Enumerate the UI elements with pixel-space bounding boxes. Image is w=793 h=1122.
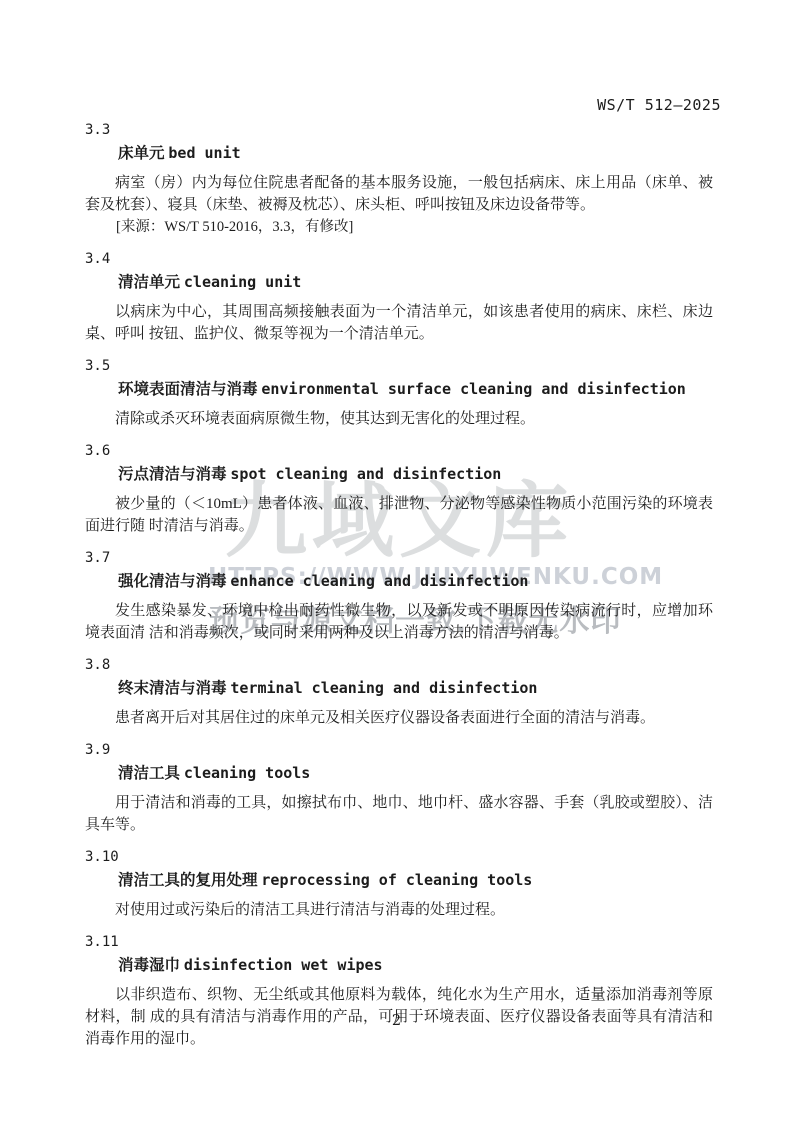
definition-paragraph: 对使用过或污染后的清洁工具进行清洁与消毒的处理过程。 xyxy=(85,899,713,921)
term-zh: 环境表面清洁与消毒 xyxy=(118,381,258,398)
page-number: 2 xyxy=(0,1013,793,1029)
section-3-8: 3.8 终末清洁与消毒 terminal cleaning and disinf… xyxy=(85,654,713,729)
definition-paragraph: 用于清洁和消毒的工具，如擦拭布巾、地巾、地巾杆、盛水容器、手套（乳胶或塑胶）、洁… xyxy=(85,792,713,836)
section-3-3: 3.3 床单元 bed unit 病室（房）内为每位住院患者配备的基本服务设施，… xyxy=(85,119,713,238)
term-zh: 床单元 xyxy=(118,145,165,162)
term-zh: 清洁单元 xyxy=(118,274,180,291)
definition-paragraph: 发生感染暴发、环境中检出耐药性微生物，以及新发或不明原因传染病流行时，应增加环境… xyxy=(85,600,713,644)
section-3-4: 3.4 清洁单元 cleaning unit 以病床为中心，其周围高频接触表面为… xyxy=(85,248,713,345)
term-en: disinfection wet wipes xyxy=(184,956,383,974)
section-3-11: 3.11 消毒湿巾 disinfection wet wipes 以非织造布、织… xyxy=(85,931,713,1050)
section-term: 环境表面清洁与消毒 environmental surface cleaning… xyxy=(85,378,713,401)
term-zh: 污点清洁与消毒 xyxy=(118,466,227,483)
term-zh: 强化清洁与消毒 xyxy=(118,573,227,590)
doc-number: WS/T 512—2025 xyxy=(597,96,721,114)
section-3-9: 3.9 清洁工具 cleaning tools 用于清洁和消毒的工具，如擦拭布巾… xyxy=(85,739,713,836)
section-number: 3.10 xyxy=(85,846,713,869)
section-number: 3.5 xyxy=(85,355,713,378)
term-zh: 清洁工具 xyxy=(118,765,180,782)
definition-paragraph: 患者离开后对其居住过的床单元及相关医疗仪器设备表面进行全面的清洁与消毒。 xyxy=(85,707,713,729)
section-term: 终末清洁与消毒 terminal cleaning and disinfecti… xyxy=(85,677,713,700)
section-number: 3.6 xyxy=(85,440,713,463)
term-en: enhance cleaning and disinfection xyxy=(230,572,528,590)
term-en: reprocessing of cleaning tools xyxy=(261,871,532,889)
section-number: 3.8 xyxy=(85,654,713,677)
section-3-5: 3.5 环境表面清洁与消毒 environmental surface clea… xyxy=(85,355,713,430)
section-term: 强化清洁与消毒 enhance cleaning and disinfectio… xyxy=(85,570,713,593)
term-zh: 终末清洁与消毒 xyxy=(118,680,227,697)
term-zh: 清洁工具的复用处理 xyxy=(118,872,258,889)
section-term: 清洁工具的复用处理 reprocessing of cleaning tools xyxy=(85,869,713,892)
term-en: cleaning unit xyxy=(184,273,301,291)
definition-paragraph: 以病床为中心，其周围高频接触表面为一个清洁单元，如该患者使用的病床、床栏、床边桌… xyxy=(85,301,713,345)
definition-paragraph: 病室（房）内为每位住院患者配备的基本服务设施，一般包括病床、床上用品（床单、被套… xyxy=(85,172,713,216)
document-page: WS/T 512—2025 九域文库 HTTPS://WWW.JIUYUWENK… xyxy=(0,0,793,1122)
term-en: terminal cleaning and disinfection xyxy=(230,679,537,697)
section-3-7: 3.7 强化清洁与消毒 enhance cleaning and disinfe… xyxy=(85,547,713,644)
term-en: environmental surface cleaning and disin… xyxy=(261,380,685,398)
section-number: 3.3 xyxy=(85,119,713,142)
term-en: bed unit xyxy=(168,144,240,162)
section-number: 3.11 xyxy=(85,931,713,954)
section-term: 清洁单元 cleaning unit xyxy=(85,271,713,294)
definition-paragraph: 被少量的（＜10mL）患者体液、血液、排泄物、分泌物等感染性物质小范围污染的环境… xyxy=(85,493,713,537)
section-term: 清洁工具 cleaning tools xyxy=(85,762,713,785)
section-term: 消毒湿巾 disinfection wet wipes xyxy=(85,954,713,977)
term-en: cleaning tools xyxy=(184,764,310,782)
section-3-10: 3.10 清洁工具的复用处理 reprocessing of cleaning … xyxy=(85,846,713,921)
term-en: spot cleaning and disinfection xyxy=(230,465,501,483)
section-term: 床单元 bed unit xyxy=(85,142,713,165)
section-3-6: 3.6 污点清洁与消毒 spot cleaning and disinfecti… xyxy=(85,440,713,537)
section-term: 污点清洁与消毒 spot cleaning and disinfection xyxy=(85,463,713,486)
section-number: 3.7 xyxy=(85,547,713,570)
source-note: [来源：WS/T 510-2016，3.3，有修改] xyxy=(85,216,713,238)
term-zh: 消毒湿巾 xyxy=(118,957,180,974)
section-number: 3.9 xyxy=(85,739,713,762)
definition-paragraph: 清除或杀灭环境表面病原微生物，使其达到无害化的处理过程。 xyxy=(85,408,713,430)
section-number: 3.4 xyxy=(85,248,713,271)
document-content: 3.3 床单元 bed unit 病室（房）内为每位住院患者配备的基本服务设施，… xyxy=(85,119,713,1060)
